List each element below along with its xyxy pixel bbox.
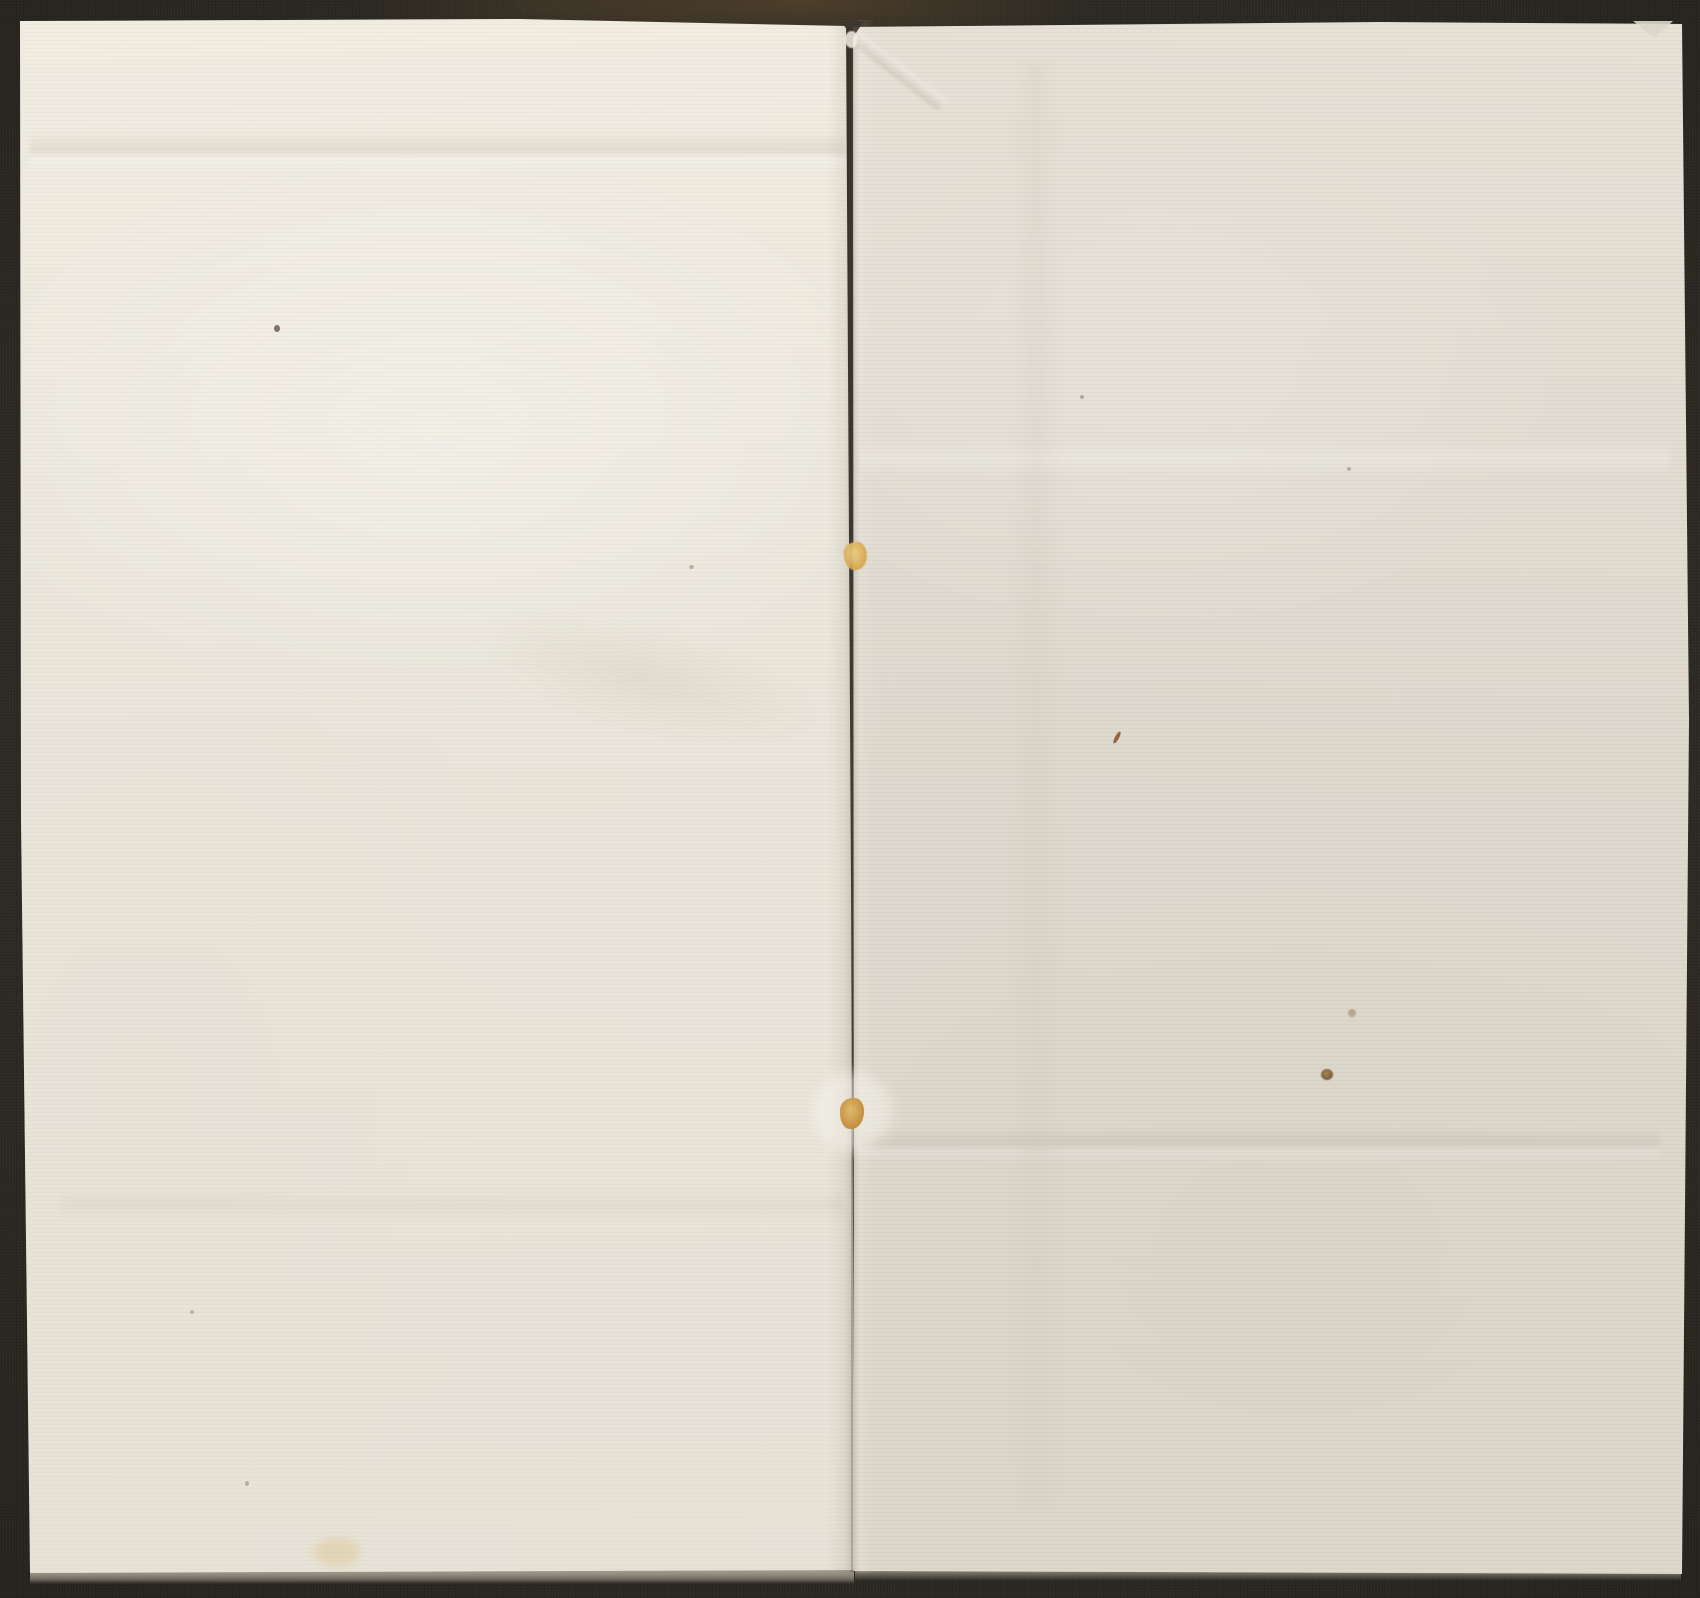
right-page-crease-vertical (1010, 60, 1062, 1510)
left-page-crease-lower (60, 1190, 844, 1220)
center-fold-crease-line (851, 22, 853, 1572)
left-page-crease-diagonal (418, 551, 862, 798)
left-page-crease-top (30, 132, 846, 174)
book-scan (0, 0, 1700, 1598)
right-page-crease-horizontal-upper (860, 440, 1670, 476)
right-page-crease-horizontal-lower (860, 1128, 1660, 1162)
